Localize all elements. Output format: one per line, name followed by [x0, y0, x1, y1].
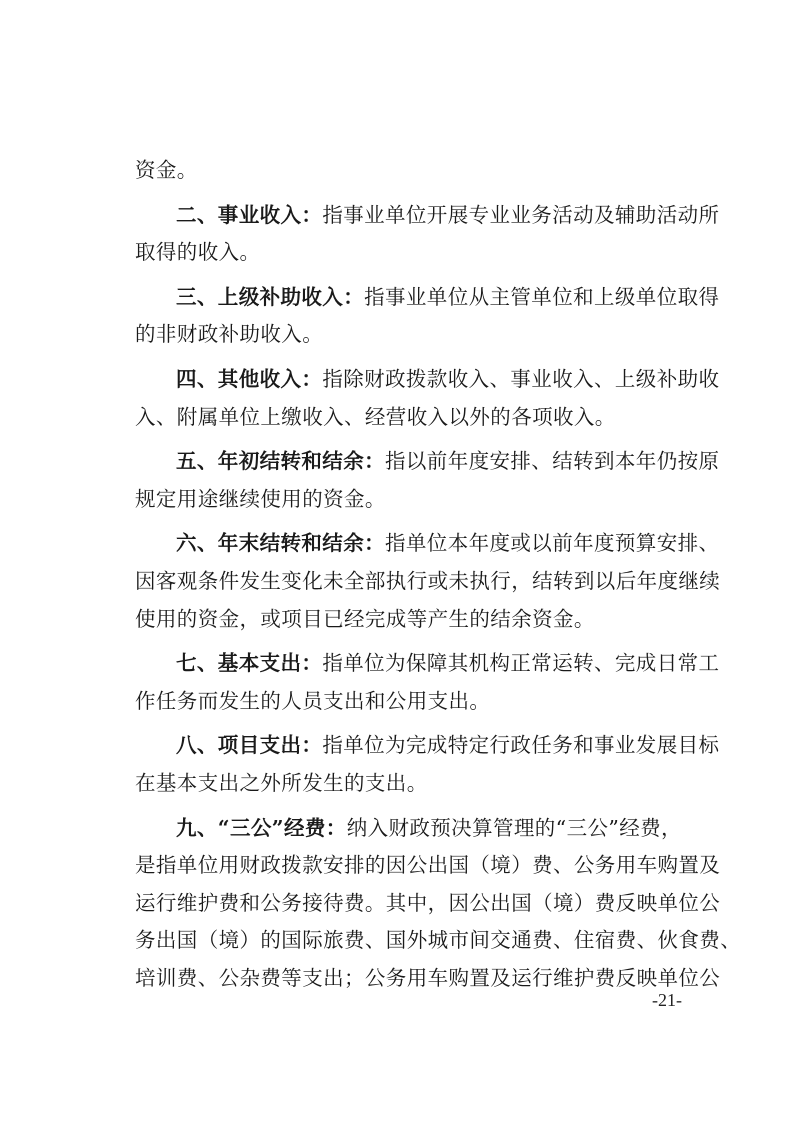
paragraph-project-expenditure: 八、项目支出：指单位为完成特定行政任务和事业发展目标 在基本支出之外所发生的支出…	[135, 727, 691, 802]
continuation-line: 资金。	[135, 152, 691, 190]
paragraph-three-public-expenses: 九、“三公”经费：纳入财政预决算管理的“三公”经费， 是指单位用财政拨款安排的因…	[135, 810, 691, 998]
definition-text: 指单位本年度或以前年度预算安排、	[385, 531, 719, 555]
definition-text: 指单位为完成特定行政任务和事业发展目标	[322, 733, 719, 757]
definition-text: 指除财政拨款收入、事业收入、上级补助收	[322, 367, 719, 391]
paragraph-ending-carryover: 六、年末结转和结余：指单位本年度或以前年度预算安排、 因客观条件发生变化未全部执…	[135, 525, 691, 638]
term-heading: 二、事业收入：	[176, 203, 322, 227]
definition-text: 指单位为保障其机构正常运转、完成日常工	[322, 651, 719, 675]
definition-line: 作任务而发生的人员支出和公用支出。	[135, 683, 691, 721]
term-heading: 五、年初结转和结余：	[176, 449, 385, 473]
definition-line: 因客观条件发生变化未全部执行或未执行，结转到以后年度继续	[135, 563, 691, 601]
definition-line: 入、附属单位上缴收入、经营收入以外的各项收入。	[135, 399, 691, 437]
definition-line: 在基本支出之外所发生的支出。	[135, 765, 691, 803]
term-heading: 八、项目支出：	[176, 733, 322, 757]
document-page-body: 资金。 二、事业收入：指事业单位开展专业业务活动及辅助活动所 取得的收入。 三、…	[135, 152, 691, 997]
definition-line: 取得的收入。	[135, 234, 691, 272]
paragraph-other-income: 四、其他收入：指除财政拨款收入、事业收入、上级补助收 入、附属单位上缴收入、经营…	[135, 361, 691, 436]
definition-line: 运行维护费和公务接待费。其中，因公出国（境）费反映单位公	[135, 885, 691, 923]
definition-text: 指事业单位开展专业业务活动及辅助活动所	[322, 203, 719, 227]
definition-text: 指事业单位从主管单位和上级单位取得	[364, 285, 719, 309]
paragraph-basic-expenditure: 七、基本支出：指单位为保障其机构正常运转、完成日常工 作任务而发生的人员支出和公…	[135, 645, 691, 720]
term-heading: 六、年末结转和结余：	[176, 531, 385, 555]
definition-text: 纳入财政预决算管理的“三公”经费，	[347, 816, 682, 840]
definition-text: 指以前年度安排、结转到本年仍按原	[385, 449, 719, 473]
term-heading: 九、“三公”经费：	[176, 816, 347, 840]
definition-line: 的非财政补助收入。	[135, 316, 691, 354]
definition-line: 是指单位用财政拨款安排的因公出国（境）费、公务用车购置及	[135, 847, 691, 885]
page-number: -21-	[652, 990, 682, 1011]
definition-line: 规定用途继续使用的资金。	[135, 481, 691, 519]
definition-line: 使用的资金，或项目已经完成等产生的结余资金。	[135, 601, 691, 639]
term-heading: 四、其他收入：	[176, 367, 322, 391]
definition-line: 务出国（境）的国际旅费、国外城市间交通费、住宿费、伙食费、	[135, 922, 691, 960]
term-heading: 三、上级补助收入：	[176, 285, 364, 309]
paragraph-business-income: 二、事业收入：指事业单位开展专业业务活动及辅助活动所 取得的收入。	[135, 197, 691, 272]
paragraph-beginning-carryover: 五、年初结转和结余：指以前年度安排、结转到本年仍按原 规定用途继续使用的资金。	[135, 443, 691, 518]
paragraph-superior-subsidy-income: 三、上级补助收入：指事业单位从主管单位和上级单位取得 的非财政补助收入。	[135, 279, 691, 354]
term-heading: 七、基本支出：	[176, 651, 322, 675]
definition-line: 培训费、公杂费等支出；公务用车购置及运行维护费反映单位公	[135, 960, 691, 998]
